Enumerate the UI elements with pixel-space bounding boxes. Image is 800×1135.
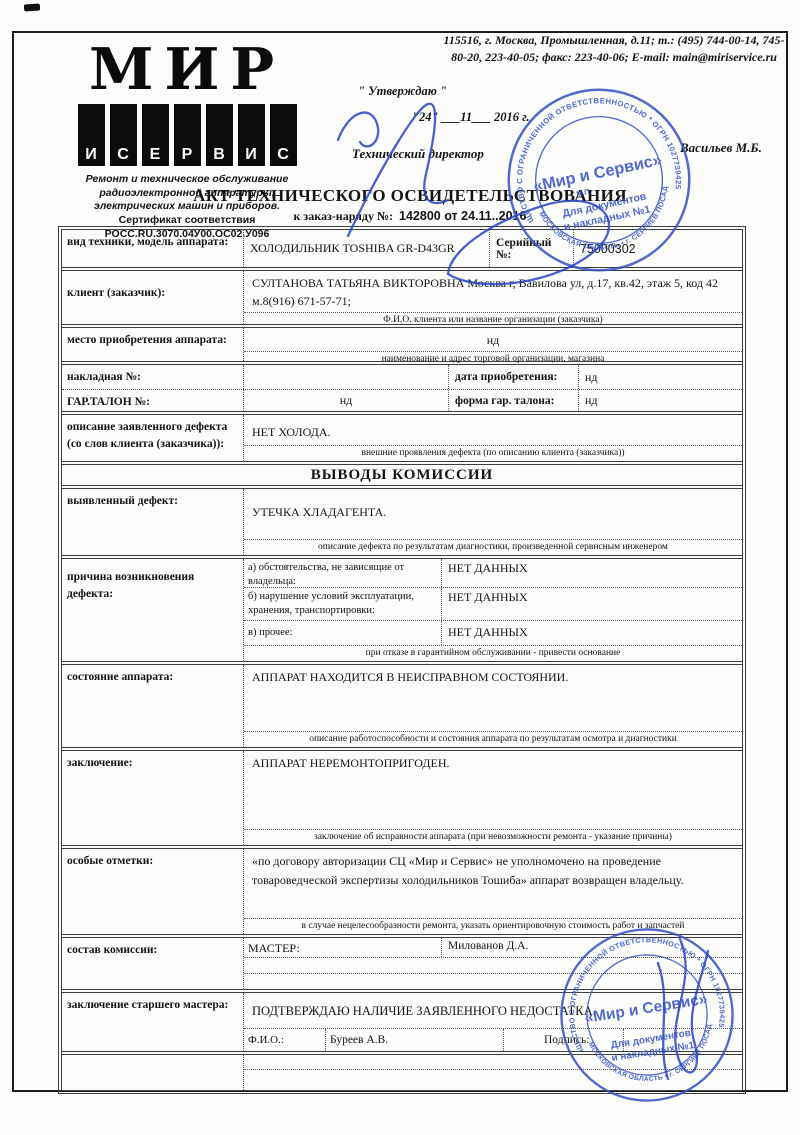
- empty-label: [62, 1055, 244, 1090]
- document-title: АКТ ТЕХНИЧЕСКОГО ОСВИДЕТЕЛЬСТВОВАНИЯ: [100, 186, 720, 206]
- signature-area: [624, 1029, 742, 1051]
- cause-item-b-label: б) нарушение условий эксплуатации, хране…: [244, 588, 442, 620]
- cause-item-b-value: НЕТ ДАННЫХ: [442, 588, 742, 620]
- logo-bar: С: [270, 104, 297, 166]
- document-title-block: АКТ ТЕХНИЧЕСКОГО ОСВИДЕТЕЛЬСТВОВАНИЯ к з…: [100, 186, 720, 224]
- approve-label: " Утверждаю ": [358, 84, 447, 99]
- company-contact: 115516, г. Москва, Промышленная, д.11; т…: [443, 32, 785, 66]
- cause-item-b: б) нарушение условий эксплуатации, хране…: [244, 588, 742, 621]
- purchase-date-label: дата приобретения:: [449, 365, 579, 389]
- found-defect-hint: описание дефекта по результатам диагност…: [244, 539, 742, 555]
- cause-item-c-label: в) прочее:: [244, 621, 442, 644]
- row-notes: особые отметки: «по договору авторизации…: [62, 849, 742, 938]
- condition-hint: описание работоспособности и состояния а…: [244, 731, 742, 747]
- logo-text-mir: МИР: [48, 41, 327, 98]
- condition-value: АППАРАТ НАХОДИТСЯ В НЕИСПРАВНОМ СОСТОЯНИ…: [244, 665, 742, 688]
- place-value: нд: [244, 328, 742, 351]
- row-conclusion: заключение: АППАРАТ НЕРЕМОНТОПРИГОДЕН. з…: [62, 751, 742, 849]
- commission-role-label: МАСТЕР:: [244, 938, 442, 957]
- commission-section-title: ВЫВОДЫ КОМИССИИ: [62, 465, 742, 485]
- logo-bar: С: [110, 104, 137, 166]
- master-label: заключение старшего мастера:: [62, 993, 244, 1051]
- claimed-defect-value: НЕТ ХОЛОДА.: [244, 415, 742, 443]
- invoice-label: накладная №:: [62, 365, 244, 389]
- commission-empty-line: [244, 958, 742, 974]
- master-value: ПОДТВЕРЖДАЮ НАЛИЧИЕ ЗАЯВЛЕННОГО НЕДОСТАТ…: [244, 993, 742, 1028]
- signature-label: Подпись:: [504, 1029, 624, 1051]
- cause-item-a: а) обстоятельства, не зависящие от владе…: [244, 559, 742, 588]
- warranty-value: нд: [244, 390, 449, 411]
- cause-hint: при отказе в гарантийном обслуживании - …: [244, 646, 742, 661]
- commission-role-value: Милованов Д.А.: [442, 938, 742, 957]
- commission-label: состав комиссии:: [62, 938, 244, 989]
- row-cause: причина возникновения дефекта: а) обстоя…: [62, 559, 742, 665]
- row-empty-final: [62, 1055, 742, 1090]
- conclusion-value: АППАРАТ НЕРЕМОНТОПРИГОДЕН.: [244, 751, 742, 774]
- notes-label: особые отметки:: [62, 849, 244, 934]
- client-label: клиент (заказчик):: [62, 271, 244, 324]
- row-found-defect: выявленный дефект: УТЕЧКА ХЛАДАГЕНТА. оп…: [62, 489, 742, 559]
- device-value: ХОЛОДИЛЬНИК TOSHIBA GR-D43GR: [244, 230, 490, 267]
- logo-bars: И С Е Р В И С: [58, 104, 316, 166]
- conclusion-hint: заключение об исправности аппарата (при …: [244, 829, 742, 845]
- row-client: клиент (заказчик): СУЛТАНОВА ТАТЬЯНА ВИК…: [62, 271, 742, 328]
- logo-tagline: Ремонт и техническое обслуживание: [58, 173, 316, 187]
- director-label: Технический директор: [352, 146, 484, 162]
- warranty-form-label: форма гар. талона:: [449, 390, 579, 411]
- warranty-form-value: нд: [579, 390, 604, 411]
- act-form-table: вид техники, модель аппарата: ХОЛОДИЛЬНИ…: [58, 226, 746, 1094]
- logo-bar: И: [238, 104, 265, 166]
- client-value: СУЛТАНОВА ТАТЬЯНА ВИКТОРОВНА Москва г, В…: [244, 271, 742, 312]
- warranty-label: ГАР.ТАЛОН №:: [62, 390, 244, 411]
- notes-value: «по договору авторизации СЦ «Мир и Серви…: [244, 849, 742, 892]
- cause-item-c: в) прочее: НЕТ ДАННЫХ: [244, 621, 742, 645]
- fio-label: Ф.И.О.:: [244, 1029, 326, 1051]
- scan-artifact: [24, 3, 40, 11]
- row-place: место приобретения аппарата: нд наименов…: [62, 328, 742, 365]
- found-defect-label: выявленный дефект:: [62, 489, 244, 555]
- logo-bar: Е: [142, 104, 169, 166]
- logo-bar: И: [78, 104, 105, 166]
- logo-bar: В: [206, 104, 233, 166]
- row-section-header: ВЫВОДЫ КОМИССИИ: [62, 465, 742, 489]
- row-condition: состояние аппарата: АППАРАТ НАХОДИТСЯ В …: [62, 665, 742, 751]
- claimed-defect-label: описание заявленного дефекта (со слов кл…: [62, 415, 244, 461]
- fio-value: Буреев А.В.: [326, 1029, 504, 1051]
- order-line: к заказ-наряду №:142800 от 24.11..2016: [100, 209, 720, 224]
- device-label: вид техники, модель аппарата:: [62, 230, 244, 267]
- conclusion-label: заключение:: [62, 751, 244, 845]
- cause-item-a-label: а) обстоятельства, не зависящие от владе…: [244, 559, 442, 587]
- notes-hint: в случае нецелесообразности ремонта, ука…: [244, 918, 742, 934]
- row-warranty: ГАР.ТАЛОН №: нд форма гар. талона: нд: [62, 390, 742, 415]
- serial-label: Серийный №:: [490, 230, 574, 267]
- logo-bar: Р: [174, 104, 201, 166]
- cause-label: причина возникновения дефекта:: [62, 559, 244, 661]
- cause-item-c-value: НЕТ ДАННЫХ: [442, 621, 742, 644]
- row-invoice: накладная №: дата приобретения: нд: [62, 365, 742, 390]
- claimed-defect-hint: внешние проявления дефекта (по описанию …: [244, 445, 742, 461]
- found-defect-value: УТЕЧКА ХЛАДАГЕНТА.: [244, 489, 742, 523]
- row-device: вид техники, модель аппарата: ХОЛОДИЛЬНИ…: [62, 230, 742, 271]
- master-sign-line: Ф.И.О.: Буреев А.В. Подпись:: [244, 1028, 742, 1051]
- director-name: Васильев М.Б.: [680, 140, 762, 156]
- row-commission: состав комиссии: МАСТЕР: Милованов Д.А.: [62, 938, 742, 993]
- row-claimed-defect: описание заявленного дефекта (со слов кл…: [62, 415, 742, 465]
- approve-date: "24" ___11___ 2016 г.: [412, 110, 530, 125]
- order-number: 142800 от 24.11..2016: [399, 209, 526, 223]
- commission-line: МАСТЕР: Милованов Д.А.: [244, 938, 742, 958]
- serial-value: 75000302: [574, 230, 642, 267]
- row-master-conclusion: заключение старшего мастера: ПОДТВЕРЖДАЮ…: [62, 993, 742, 1055]
- cause-item-a-value: НЕТ ДАННЫХ: [442, 559, 742, 587]
- empty-dotted-line: [244, 1069, 742, 1081]
- place-label: место приобретения аппарата:: [62, 328, 244, 361]
- invoice-value: [244, 365, 449, 389]
- client-hint: Ф.И.О. клиента или название организации …: [244, 312, 742, 328]
- scanned-act-document: МИР И С Е Р В И С Ремонт и техническое о…: [0, 0, 800, 1135]
- condition-label: состояние аппарата:: [62, 665, 244, 747]
- order-label: к заказ-наряду №:: [294, 209, 394, 223]
- purchase-date-value: нд: [579, 365, 604, 389]
